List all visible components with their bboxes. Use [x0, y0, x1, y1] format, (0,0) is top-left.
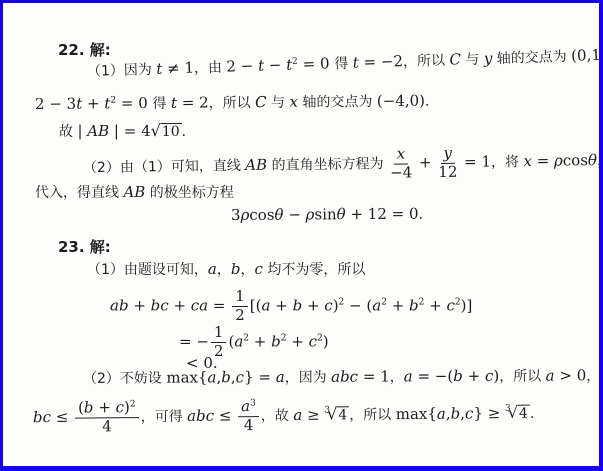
fraction: x−4	[390, 146, 413, 181]
radical: 3√4	[324, 401, 349, 425]
problem-23-header: 23. 解:	[58, 238, 111, 257]
p23-part2-line1: （2）不妨设 max{a,b,c} = a，因为 abc = 1，a = −(b…	[83, 366, 603, 389]
p22-polar-equation: 3ρcosθ − ρsinθ + 12 = 0．	[231, 205, 433, 226]
fraction: 12	[232, 289, 248, 324]
p22-part2-line2: 代入，得直线 AB 的极坐标方程	[35, 183, 234, 203]
radical: 3√4	[505, 400, 530, 424]
p23-part2-line2: bc ≤ (b + c)24，可得 abc ≤ a34，故 a ≥ 3√4，所以…	[33, 397, 544, 436]
p23-part1-line1: （1）由题设可知，a，b，c 均不为零，所以	[87, 260, 365, 280]
problem-22-header: 22. 解:	[58, 41, 111, 60]
radical: √10	[151, 121, 182, 142]
fraction: a34	[238, 399, 259, 434]
p22-part1-line2: 2 − 3t + t2 = 0 得 t = 2，所以 C 与 x 轴的交点为 (…	[35, 91, 439, 115]
fraction: y12	[438, 146, 458, 181]
p22-part1-line1: （1）因为 t ≠ 1，由 2 − t − t2 = 0 得 t = −2，所以…	[87, 44, 603, 82]
document-page: 22. 解: （1）因为 t ≠ 1，由 2 − t − t2 = 0 得 t …	[0, 0, 603, 471]
p23-equation-step1: ab + bc + ca = 12[(a + b + c)2 − (a2 + b…	[110, 289, 472, 324]
fraction: (b + c)24	[75, 400, 139, 435]
p22-part1-line3: 故 | AB | = 4√10．	[59, 121, 196, 142]
p22-part2-line1: （2）由（1）可知，直线 AB 的直角坐标方程为 x−4 + y12 = 1，将…	[83, 143, 603, 186]
